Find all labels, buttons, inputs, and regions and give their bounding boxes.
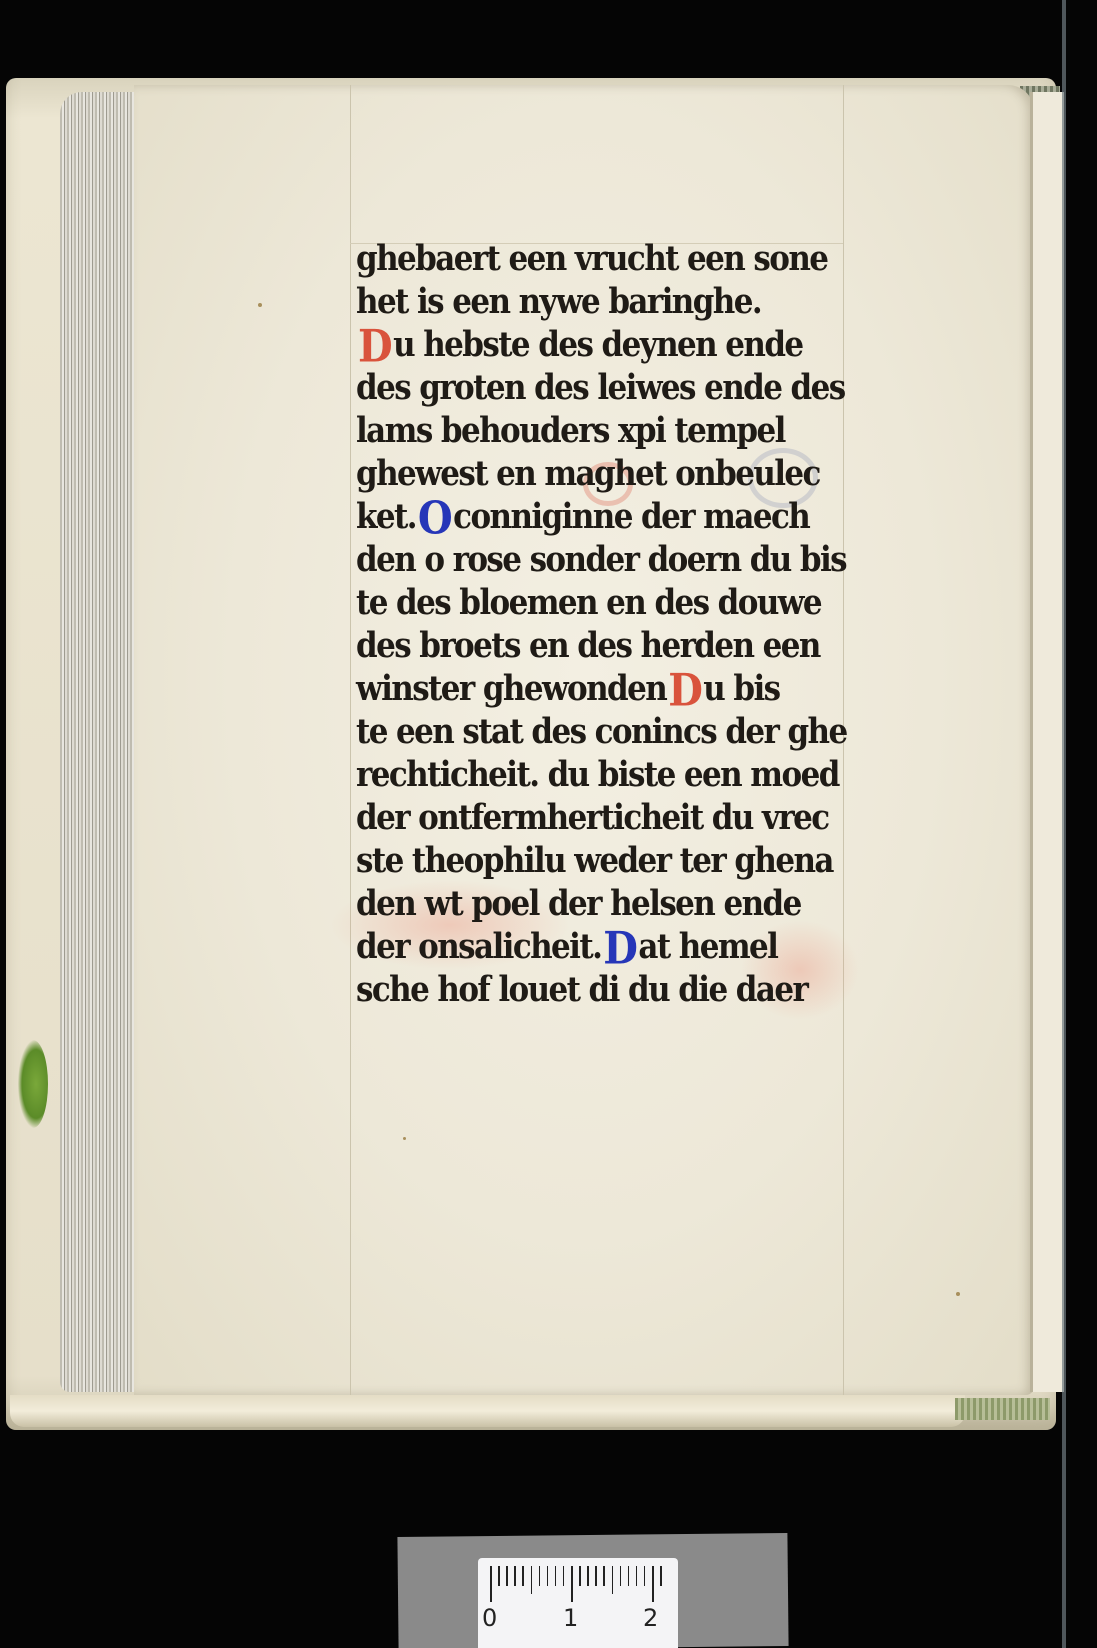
line-text: des groten des leiwes ende des: [356, 368, 845, 408]
line-text: den o rose sonder doern du bis: [356, 540, 846, 580]
line-text: ket.: [356, 497, 416, 537]
manuscript-line: ste theophilu weder ter ghena: [356, 837, 876, 885]
ruler-tick: [636, 1566, 638, 1586]
cover-bottom-edge: [10, 1395, 965, 1427]
line-text: ghewest en maghet onbeulec: [356, 454, 820, 494]
ruler-tick: [612, 1566, 614, 1594]
line-text: winster ghewonden: [356, 669, 666, 709]
ruler-tick: [555, 1566, 557, 1586]
ruler-tick: [522, 1566, 524, 1586]
ruler-tick: [644, 1566, 646, 1586]
ruler-tick: [506, 1566, 508, 1586]
glass-plate-edge: [1062, 0, 1066, 1648]
line-text: at hemel: [638, 927, 777, 967]
line-text: te een stat des conincs der ghe: [356, 712, 847, 752]
manuscript-line: het is een nywe baringhe.: [356, 278, 876, 326]
decorated-initial-blue: O: [418, 498, 451, 538]
manuscript-line: te des bloemen en des douwe: [356, 579, 876, 627]
ruler-tick: [539, 1566, 541, 1586]
manuscript-line: sche hof louet di du die daer: [356, 966, 876, 1014]
ruler-tick: [514, 1566, 516, 1586]
line-text: der onsalicheit.: [356, 927, 601, 967]
line-text: den wt poel der helsen ende: [356, 884, 801, 924]
decorated-initial-blue: D: [603, 928, 636, 968]
facing-page-edge: [1030, 92, 1064, 1392]
manuscript-line: te een stat des conincs der ghe: [356, 708, 876, 756]
ruler-tick: [628, 1566, 630, 1586]
ruler-tick: [660, 1566, 662, 1586]
decorated-initial-red: D: [358, 326, 391, 366]
line-text: u hebste des deynen ende: [393, 325, 802, 365]
spine-cloth-bottom: [955, 1398, 1050, 1420]
manuscript-line: Du hebste des deynen ende: [356, 321, 876, 369]
line-text: rechticheit. du biste een moed: [356, 755, 839, 795]
line-text: ste theophilu weder ter ghena: [356, 841, 833, 881]
manuscript-line: des broets en des herden een: [356, 622, 876, 670]
manuscript-line: des groten des leiwes ende des: [356, 364, 876, 412]
text-block: ghebaert een vrucht een sonehet is een n…: [356, 238, 876, 1012]
ruler-tick: [531, 1566, 533, 1594]
line-text: der ontfermherticheit du vrec: [356, 798, 829, 838]
page-stack-fore-edge: [60, 92, 136, 1392]
decorated-initial-red: D: [668, 670, 701, 710]
speck: [258, 303, 262, 307]
speck: [956, 1292, 960, 1296]
line-text: lams behouders xpi tempel: [356, 411, 785, 451]
manuscript-line: der onsalicheit.Dat hemel: [356, 923, 876, 971]
ruler-tick: [563, 1566, 565, 1586]
ruler-tick: [498, 1566, 500, 1586]
ruler-tick: [547, 1566, 549, 1586]
manuscript-line: winster ghewondenDu bis: [356, 665, 876, 713]
ruler-tick: [579, 1566, 581, 1586]
manuscript-line: ghebaert een vrucht een sone: [356, 235, 876, 283]
ruler-tick: [595, 1566, 597, 1586]
line-text: te des bloemen en des douwe: [356, 583, 821, 623]
ruler-tick: [490, 1566, 492, 1602]
line-text: het is een nywe baringhe.: [356, 282, 761, 322]
manuscript-line: ket.Oconniginne der maech: [356, 493, 876, 541]
manuscript-line: rechticheit. du biste een moed: [356, 751, 876, 799]
line-text: des broets en des herden een: [356, 626, 820, 666]
line-text: sche hof louet di du die daer: [356, 970, 807, 1010]
scale-ruler: 0 1 2: [478, 1558, 678, 1648]
green-moss-marker: [18, 1040, 48, 1128]
manuscript-line: der ontfermherticheit du vrec: [356, 794, 876, 842]
ruler-tick: [571, 1566, 573, 1602]
manuscript-line: den o rose sonder doern du bis: [356, 536, 876, 584]
manuscript-line: lams behouders xpi tempel: [356, 407, 876, 455]
line-text: conniginne der maech: [453, 497, 809, 537]
ruler-tick: [620, 1566, 622, 1586]
line-text: u bis: [703, 669, 779, 709]
ruler-label-1: 1: [563, 1604, 578, 1632]
ruler-tick: [652, 1566, 654, 1602]
ruling-line-left: [350, 85, 351, 1395]
ruler-label-0: 0: [482, 1604, 497, 1632]
ruler-label-2: 2: [643, 1604, 658, 1632]
ruler-tick: [603, 1566, 605, 1586]
ruler-tick: [587, 1566, 589, 1586]
line-text: ghebaert een vrucht een sone: [356, 239, 827, 279]
speck: [403, 1137, 406, 1140]
